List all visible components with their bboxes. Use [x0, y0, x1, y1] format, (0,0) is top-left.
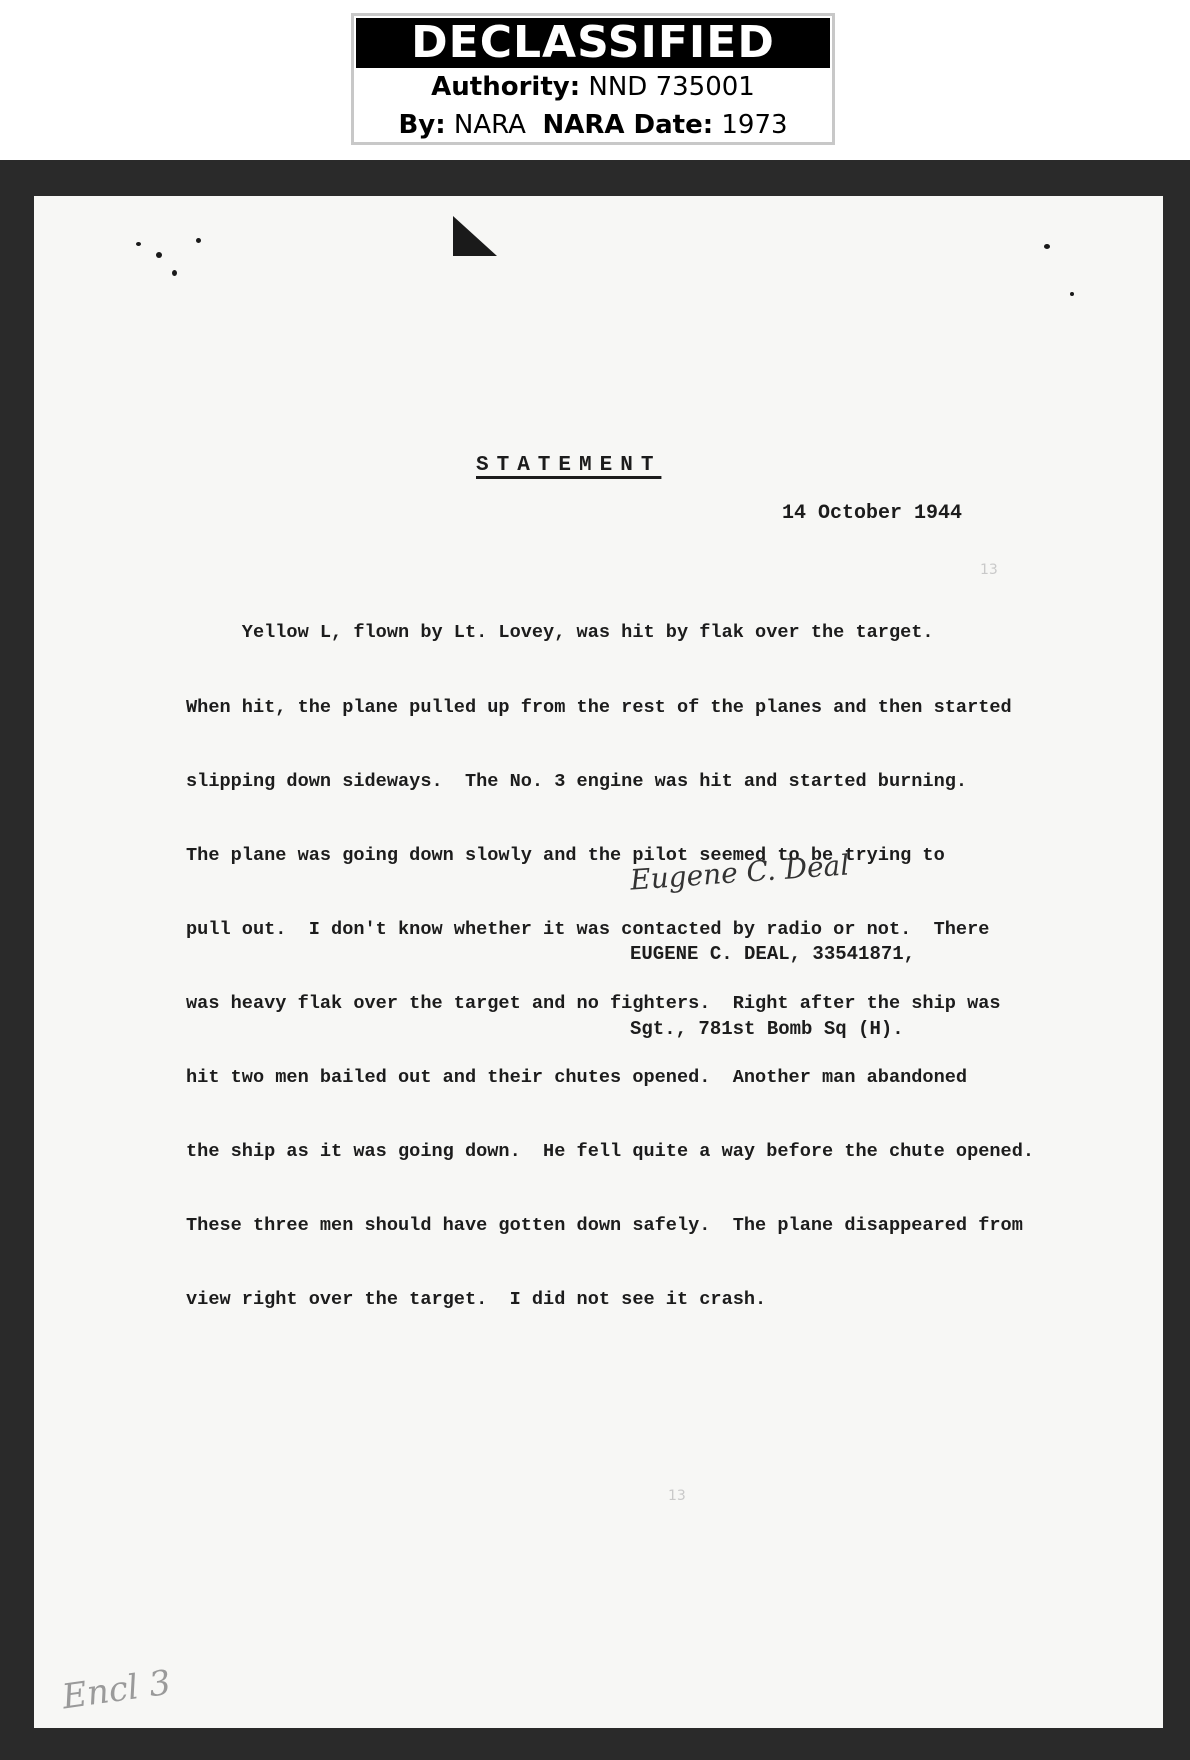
- by-label: By:: [398, 110, 445, 140]
- body-line: When hit, the plane pulled up from the r…: [186, 696, 1106, 721]
- nara-date-value: 1973: [721, 110, 787, 140]
- authority-label: Authority:: [431, 72, 580, 102]
- authority-value: NND 735001: [588, 72, 754, 102]
- body-line: view right over the target. I did not se…: [186, 1288, 1106, 1313]
- speck: [136, 242, 141, 246]
- speck: [196, 238, 201, 243]
- speck: [1044, 244, 1050, 249]
- speck: [1070, 292, 1074, 296]
- body-line: the ship as it was going down. He fell q…: [186, 1140, 1106, 1165]
- body-line: These three men should have gotten down …: [186, 1214, 1106, 1239]
- stamp-heading: DECLASSIFIED: [356, 18, 830, 68]
- signer-name: EUGENE C. DEAL, 33541871,: [630, 942, 915, 967]
- signature-block: EUGENE C. DEAL, 33541871, Sgt., 781st Bo…: [630, 892, 915, 1092]
- signer-rank: Sgt., 781st Bomb Sq (H).: [630, 1017, 915, 1042]
- by-value: NARA: [454, 110, 526, 140]
- speck: [172, 270, 177, 276]
- body-line: slipping down sideways. The No. 3 engine…: [186, 770, 1106, 795]
- speck: [156, 252, 162, 258]
- stamp-by-date: By: NARA NARA Date: 1973: [354, 106, 832, 144]
- declassified-stamp: DECLASSIFIED Authority: NND 735001 By: N…: [351, 13, 835, 145]
- scan-frame: 13 13 STATEMENT 14 October 1944 Yellow L…: [0, 160, 1190, 1760]
- body-line: Yellow L, flown by Lt. Lovey, was hit by…: [186, 621, 1106, 646]
- handwritten-margin-note: Encl 3: [60, 1663, 174, 1718]
- document-title: STATEMENT: [476, 454, 661, 477]
- stamp-authority: Authority: NND 735001: [354, 68, 832, 106]
- nara-date-label: NARA Date:: [542, 110, 713, 140]
- ink-blot-icon: [453, 216, 497, 256]
- page-mark: 13: [668, 1488, 686, 1504]
- document-page: 13 13 STATEMENT 14 October 1944 Yellow L…: [34, 196, 1163, 1728]
- document-date: 14 October 1944: [782, 502, 962, 525]
